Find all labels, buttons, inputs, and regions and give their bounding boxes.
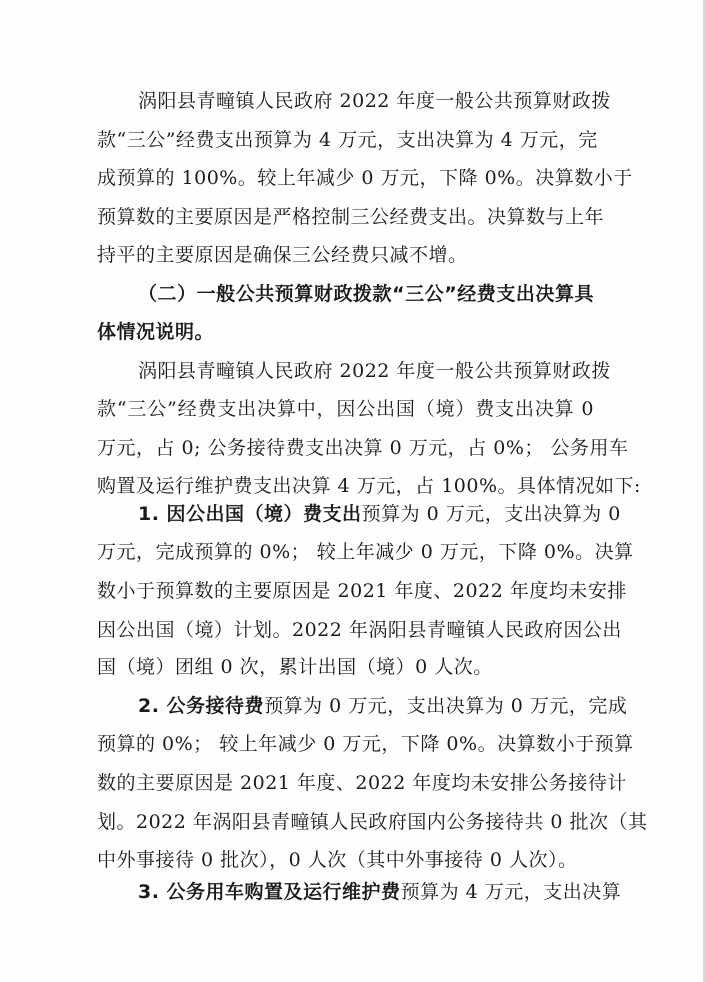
section-heading-line-2: 体情况说明。 bbox=[97, 317, 594, 347]
paragraph-1-line-5: 持平的主要原因是确保三公经费只减不增。 bbox=[97, 240, 594, 270]
item-3-first-line-text: 预算为 4 万元，支出决算 bbox=[401, 881, 622, 903]
section-heading-text: （二）一般公共预算财政拨款“三公”经费支出决算具 bbox=[138, 283, 594, 305]
item-2-line-4: 划。2022 年涡阳县青疃镇人民政府国内公务接待共 0 批次（其 bbox=[97, 807, 594, 837]
paragraph-2-line-1: 涡阳县青疃镇人民政府 2022 年度一般公共预算财政拨 bbox=[138, 356, 594, 386]
item-1-line-3: 数小于预算数的主要原因是 2021 年度、2022 年度均未安排 bbox=[97, 576, 594, 606]
item-1-title: 1. 因公出国（境）费支出 bbox=[138, 503, 362, 525]
paragraph-2-line-2: 款“三公”经费支出决算中，因公出国（境）费支出决算 0 bbox=[97, 394, 594, 424]
section-heading-line-1: （二）一般公共预算财政拨款“三公”经费支出决算具 bbox=[138, 279, 594, 309]
item-3-line-1: 3. 公务用车购置及运行维护费预算为 4 万元，支出决算 bbox=[138, 877, 594, 907]
item-1-line-1: 1. 因公出国（境）费支出预算为 0 万元，支出决算为 0 bbox=[138, 499, 594, 529]
item-2-line-5: 中外事接待 0 批次），0 人次（其中外事接待 0 人次）。 bbox=[97, 845, 594, 875]
item-2-first-line-text: 预算为 0 万元，支出决算为 0 万元，完成 bbox=[264, 695, 627, 717]
paragraph-2-line-3: 万元，占 0; 公务接待费支出决算 0 万元，占 0%； 公务用车 bbox=[97, 433, 594, 463]
item-2-title: 2. 公务接待费 bbox=[138, 695, 264, 717]
item-1-first-line-text: 预算为 0 万元，支出决算为 0 bbox=[362, 503, 621, 525]
paragraph-2-line-4: 购置及运行维护费支出决算 4 万元，占 100%。具体情况如下: bbox=[97, 471, 594, 501]
item-1-line-2: 万元，完成预算的 0%； 较上年减少 0 万元，下降 0%。决算 bbox=[97, 537, 594, 567]
paragraph-1-line-4: 预算数的主要原因是严格控制三公经费支出。决算数与上年 bbox=[97, 202, 594, 232]
paragraph-1-line-3: 成预算的 100%。较上年减少 0 万元，下降 0%。决算数小于 bbox=[97, 163, 594, 193]
paragraph-1-line-2: 款“三公”经费支出预算为 4 万元，支出决算为 4 万元，完 bbox=[97, 125, 594, 155]
document-page: 涡阳县青疃镇人民政府 2022 年度一般公共预算财政拨 款“三公”经费支出预算为… bbox=[0, 0, 705, 982]
item-2-line-2: 预算的 0%； 较上年减少 0 万元，下降 0%。决算数小于预算 bbox=[97, 729, 594, 759]
item-2-line-1: 2. 公务接待费预算为 0 万元，支出决算为 0 万元，完成 bbox=[138, 691, 594, 721]
section-heading-text-2: 体情况说明。 bbox=[97, 321, 214, 343]
item-3-title: 3. 公务用车购置及运行维护费 bbox=[138, 881, 401, 903]
item-1-line-5: 国（境）团组 0 次，累计出国（境）0 人次。 bbox=[97, 652, 594, 682]
item-2-line-3: 数的主要原因是 2021 年度、2022 年度均未安排公务接待计 bbox=[97, 768, 594, 798]
paragraph-1-line-1: 涡阳县青疃镇人民政府 2022 年度一般公共预算财政拨 bbox=[138, 86, 594, 116]
item-1-line-4: 因公出国（境）计划。2022 年涡阳县青疃镇人民政府因公出 bbox=[97, 615, 594, 645]
